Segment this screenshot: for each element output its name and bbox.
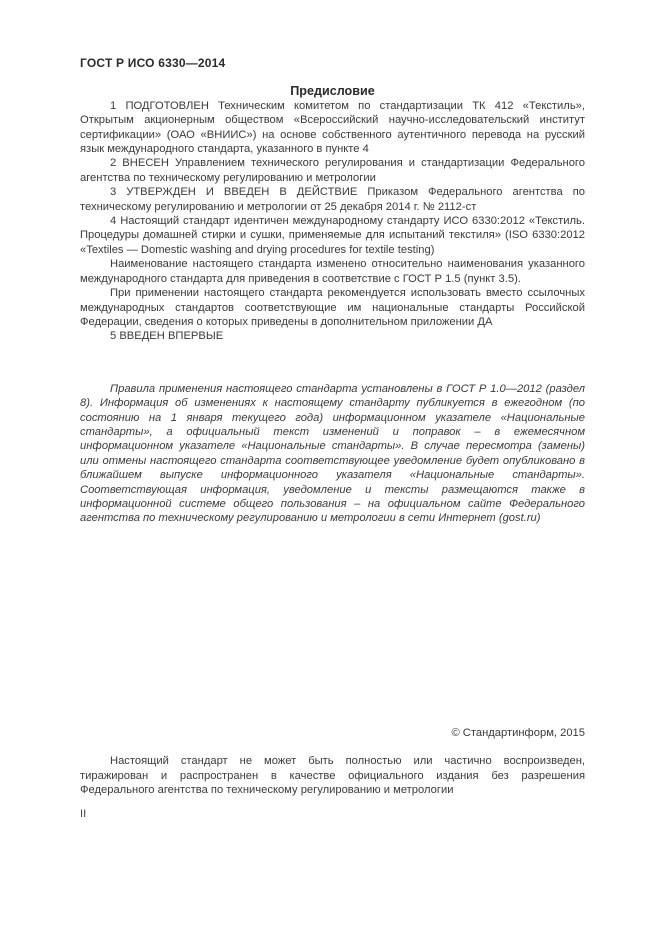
foreword-paragraph-5: 5 ВВЕДЕН ВПЕРВЫЕ	[80, 329, 585, 343]
copyright-line: © Стандартинформ, 2015	[80, 726, 585, 740]
reproduction-restriction: Настоящий стандарт не может быть полност…	[80, 754, 585, 797]
page-number: II	[80, 807, 585, 821]
foreword-paragraph-3: 3 УТВЕРЖДЕН И ВВЕДЕН В ДЕЙСТВИЕ Приказом…	[80, 185, 585, 214]
foreword-paragraph-1: 1 ПОДГОТОВЛЕН Техническим комитетом по с…	[80, 99, 585, 157]
application-rules-note: Правила применения настоящего стандарта …	[80, 382, 585, 526]
foreword-paragraph-4-note-references: При применении настоящего стандарта реко…	[80, 286, 585, 329]
page-title: Предисловие	[80, 84, 585, 98]
doc-code: ГОСТ Р ИСО 6330—2014	[80, 56, 585, 70]
foreword-paragraph-4-note-name-change: Наименование настоящего стандарта измене…	[80, 257, 585, 286]
foreword-paragraph-2: 2 ВНЕСЕН Управлением технического регули…	[80, 156, 585, 185]
document-page: ГОСТ Р ИСО 6330—2014 Предисловие 1 ПОДГО…	[0, 0, 661, 936]
foreword-paragraph-4: 4 Настоящий стандарт идентичен междунаро…	[80, 214, 585, 257]
